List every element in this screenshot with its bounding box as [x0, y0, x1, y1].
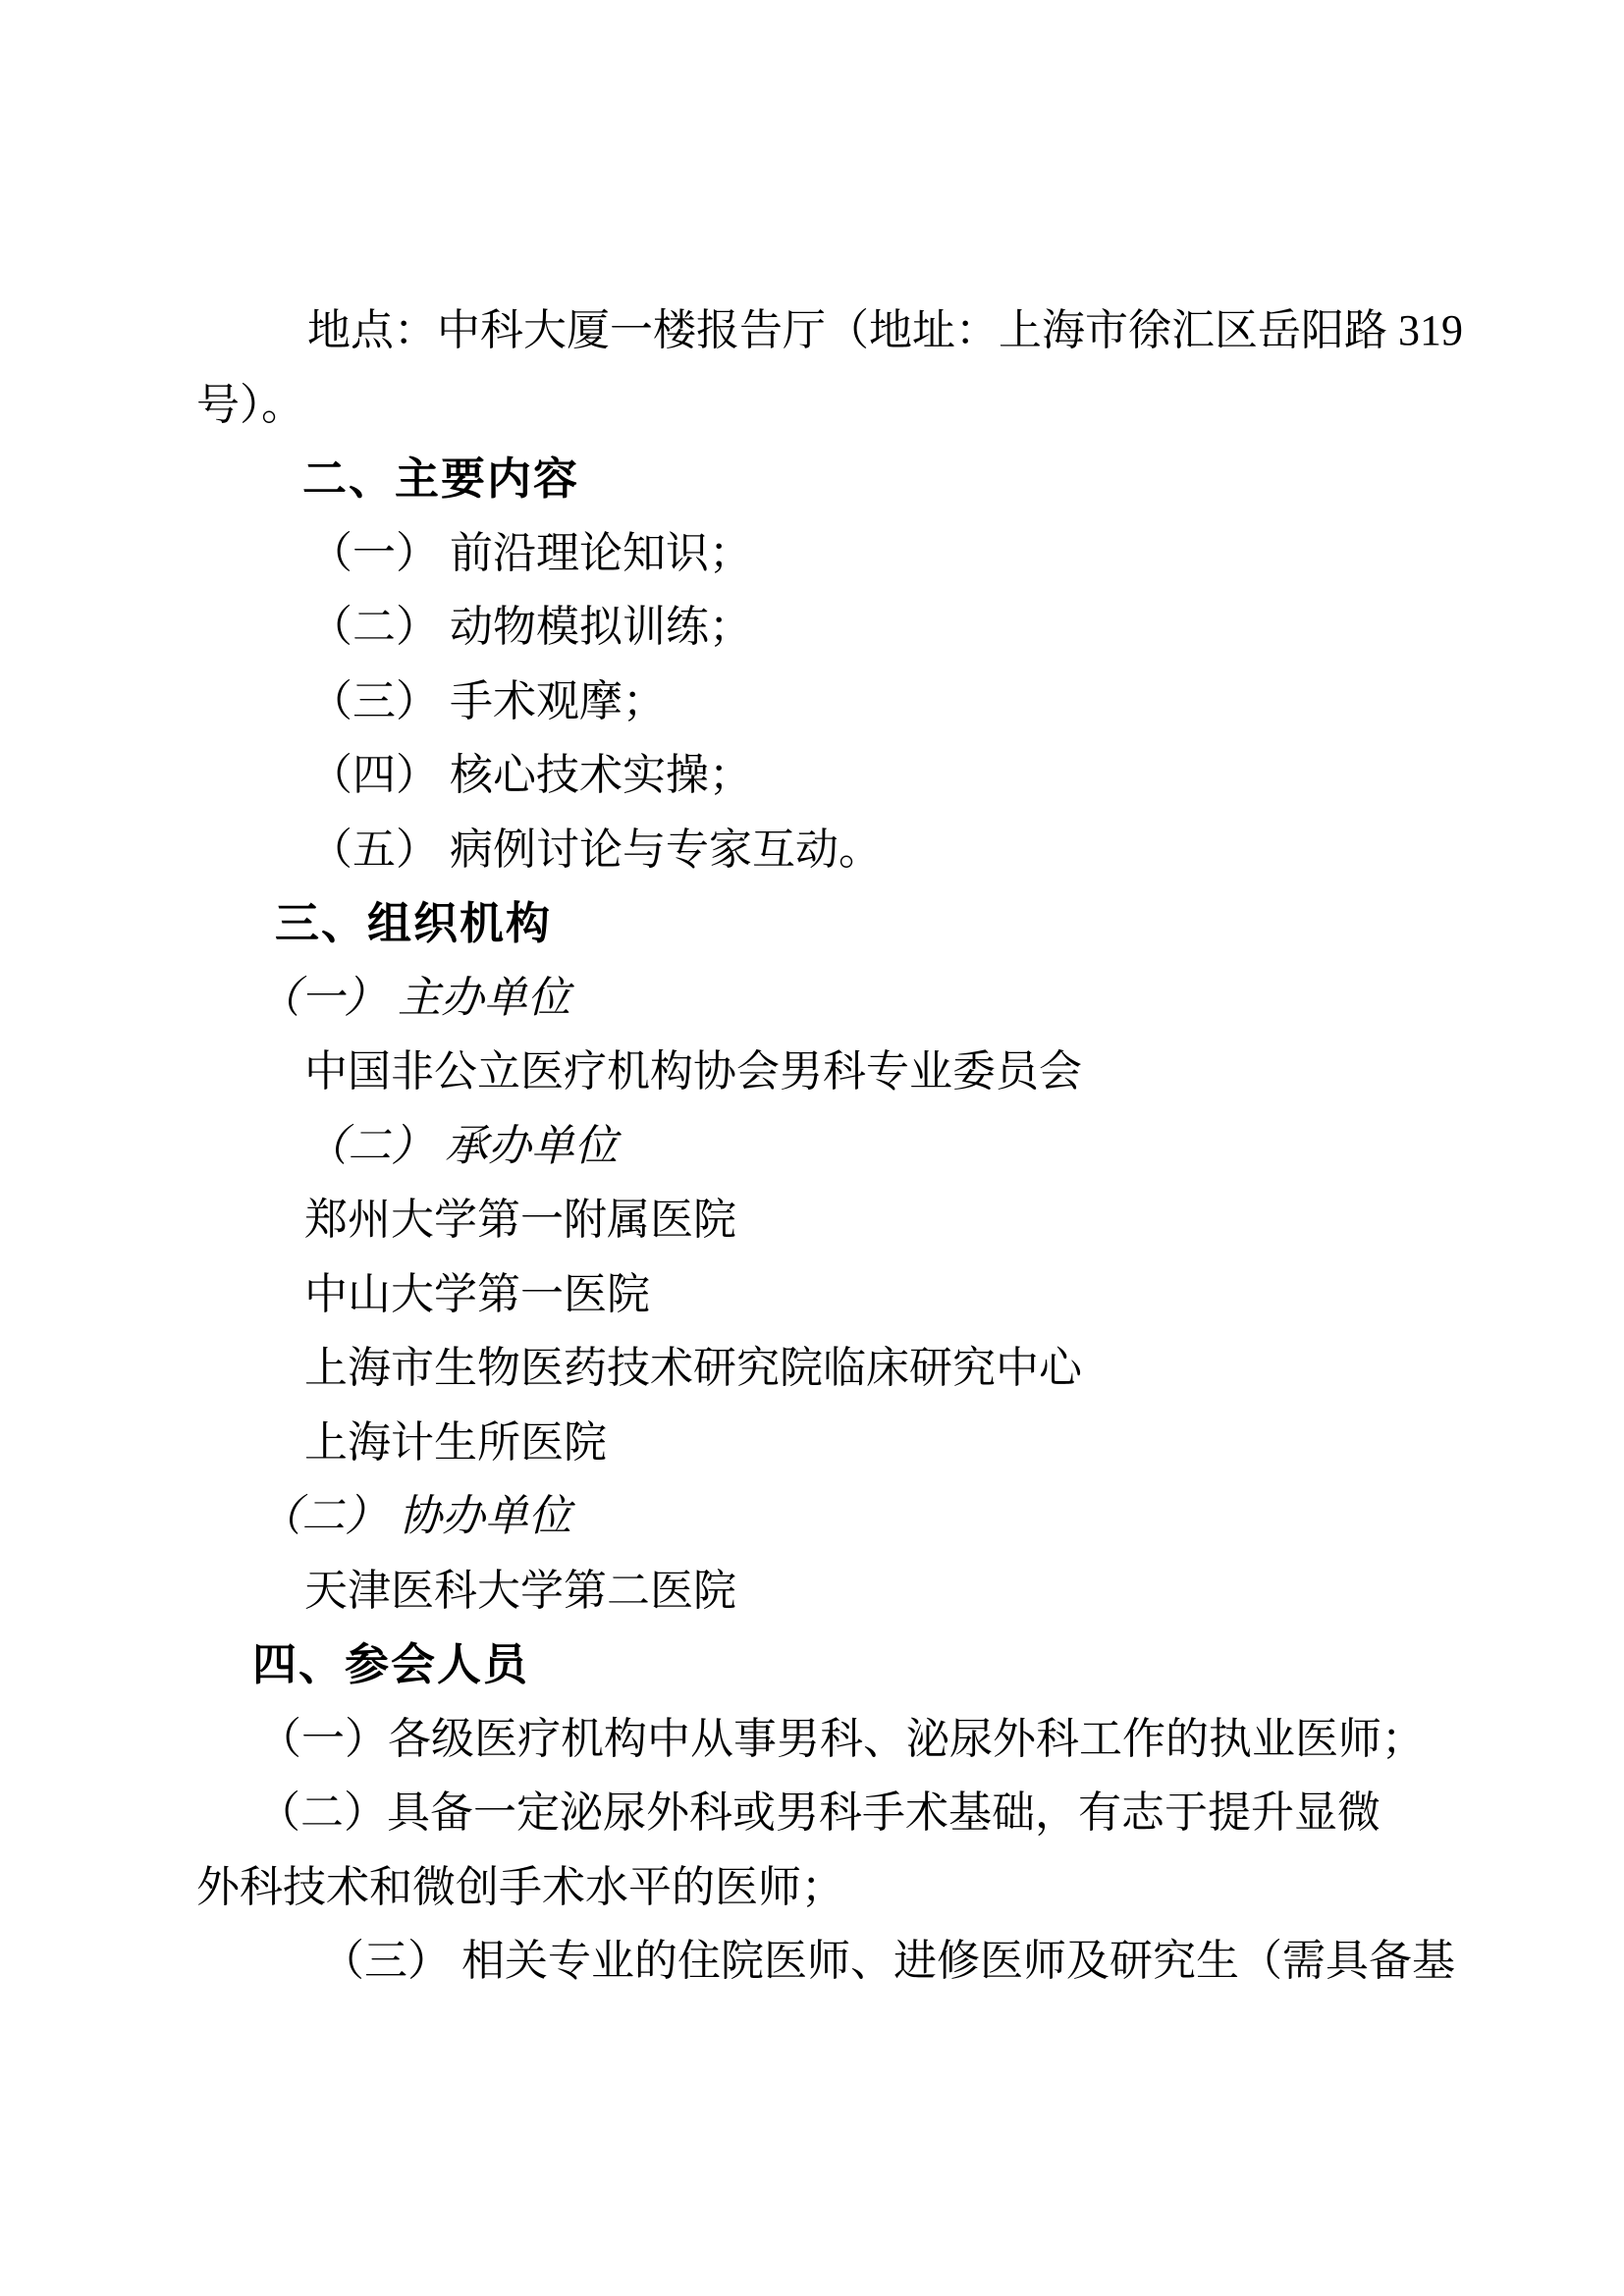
document-line-2: 号）。: [196, 368, 1437, 443]
document-line-16: 上海计生所医院: [196, 1406, 1437, 1480]
document-line-4: （一） 前沿理论知识；: [196, 516, 1437, 591]
document-line-14: 中山大学第一医院: [196, 1257, 1437, 1332]
document-line-10: （一） 主办单位: [196, 961, 1437, 1036]
document-line-22: 外科技术和微创手术水平的医师；: [196, 1850, 1437, 1925]
document-text-block: 地点：中科大厦一楼报告厅（地址：上海市徐汇区岳阳路 319号）。二、主要内容（一…: [196, 294, 1437, 1999]
document-line-11: 中国非公立医疗机构协会男科专业委员会: [196, 1035, 1437, 1109]
document-line-20: （一）各级医疗机构中从事男科、泌尿外科工作的执业医师；: [196, 1702, 1437, 1777]
document-line-5: （二） 动物模拟训练；: [196, 590, 1437, 665]
document-line-12: （二） 承办单位: [196, 1109, 1437, 1184]
document-line-1: 地点：中科大厦一楼报告厅（地址：上海市徐汇区岳阳路 319: [196, 294, 1437, 368]
document-line-13: 郑州大学第一附属医院: [196, 1183, 1437, 1257]
document-line-19: 四、参会人员: [196, 1628, 1437, 1702]
document-line-17: （二） 协办单位: [196, 1479, 1437, 1554]
document-line-6: （三） 手术观摩；: [196, 665, 1437, 739]
document-line-15: 上海市生物医药技术研究院临床研究中心: [196, 1331, 1437, 1406]
document-line-9: 三、组织机构: [196, 886, 1437, 961]
document-line-7: （四） 核心技术实操；: [196, 738, 1437, 813]
document-line-8: （五） 病例讨论与专家互动。: [196, 813, 1437, 887]
document-line-23: （三） 相关专业的住院医师、进修医师及研究生（需具备基: [196, 1924, 1437, 1999]
document-line-21: （二）具备一定泌尿外科或男科手术基础，有志于提升显微: [196, 1776, 1437, 1850]
document-line-18: 天津医科大学第二医院: [196, 1554, 1437, 1629]
document-line-3: 二、主要内容: [196, 442, 1437, 516]
document-page: 地点：中科大厦一楼报告厅（地址：上海市徐汇区岳阳路 319号）。二、主要内容（一…: [0, 0, 1624, 2296]
